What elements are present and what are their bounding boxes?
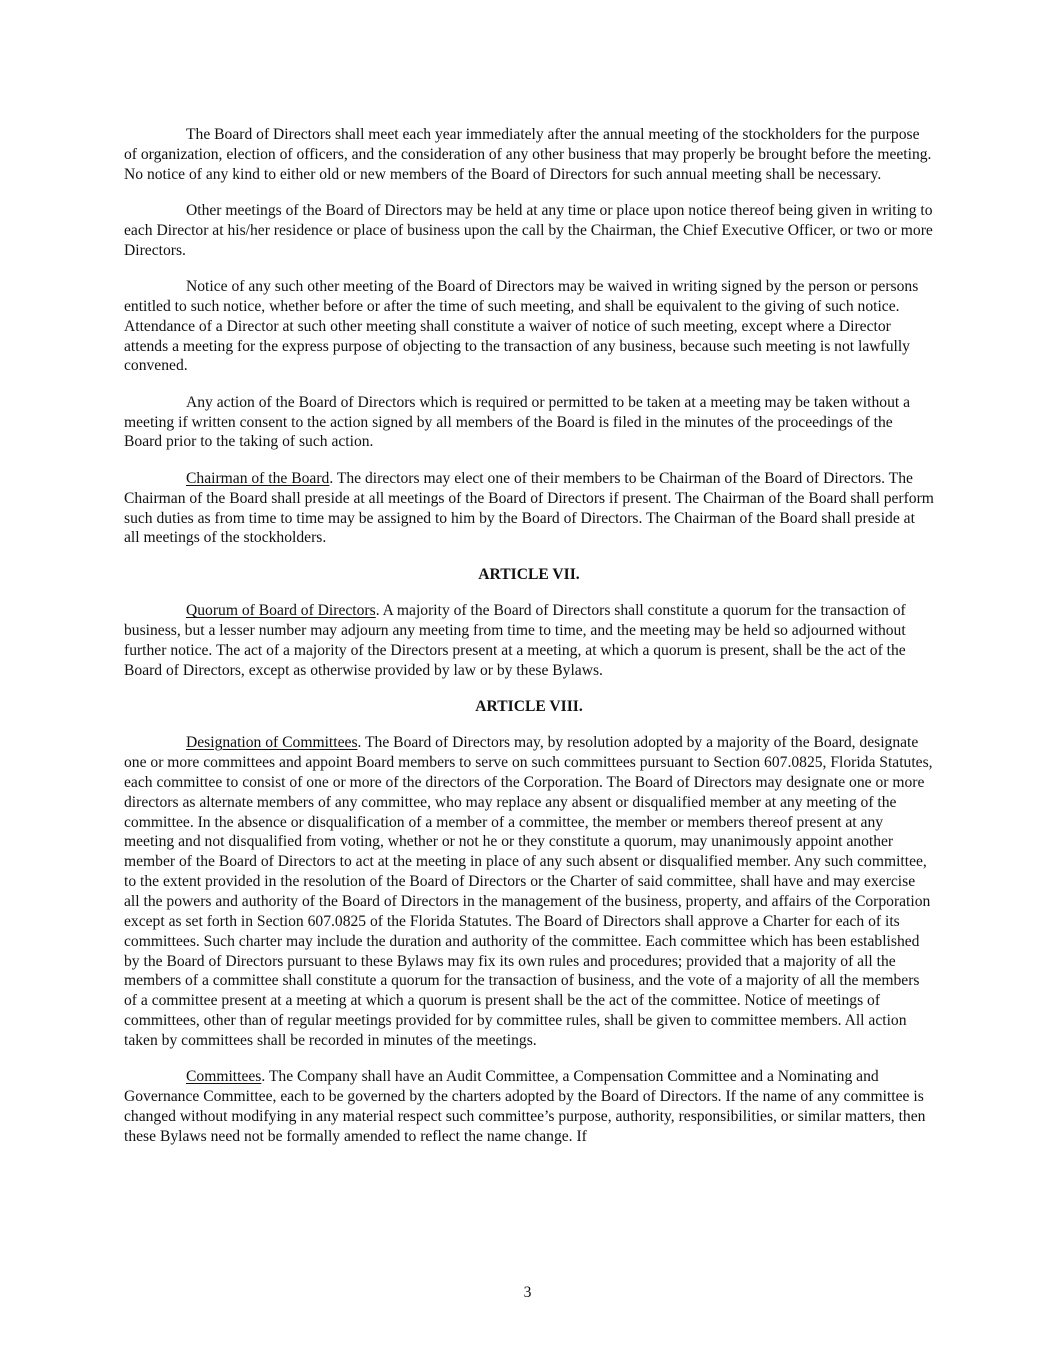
page-number: 3 <box>0 1284 1055 1302</box>
article-vii-title: ARTICLE VII. <box>124 565 934 585</box>
section-heading-quorum: Quorum of Board of Directors <box>186 602 376 619</box>
paragraph-text: Any action of the Board of Directors whi… <box>124 394 910 451</box>
paragraph-designation-of-committees: Designation of Committees. The Board of … <box>124 733 934 1051</box>
paragraph-action-without-meeting: Any action of the Board of Directors whi… <box>124 393 934 453</box>
section-heading-chairman: Chairman of the Board <box>186 470 329 487</box>
paragraph-other-meetings: Other meetings of the Board of Directors… <box>124 201 934 261</box>
paragraph-text: Other meetings of the Board of Directors… <box>124 202 933 259</box>
paragraph-committees: Committees. The Company shall have an Au… <box>124 1067 934 1146</box>
paragraph-notice-waiver: Notice of any such other meeting of the … <box>124 277 934 376</box>
document-page: The Board of Directors shall meet each y… <box>124 125 934 1163</box>
article-viii-title: ARTICLE VIII. <box>124 697 934 717</box>
section-heading-designation: Designation of Committees <box>186 734 358 751</box>
paragraph-text: . The Board of Directors may, by resolut… <box>124 734 933 1049</box>
paragraph-text: Notice of any such other meeting of the … <box>124 278 918 374</box>
paragraph-annual-meeting: The Board of Directors shall meet each y… <box>124 125 934 185</box>
paragraph-quorum: Quorum of Board of Directors. A majority… <box>124 601 934 680</box>
paragraph-text: The Board of Directors shall meet each y… <box>124 126 931 183</box>
paragraph-chairman: Chairman of the Board. The directors may… <box>124 469 934 548</box>
section-heading-committees: Committees <box>186 1068 261 1085</box>
